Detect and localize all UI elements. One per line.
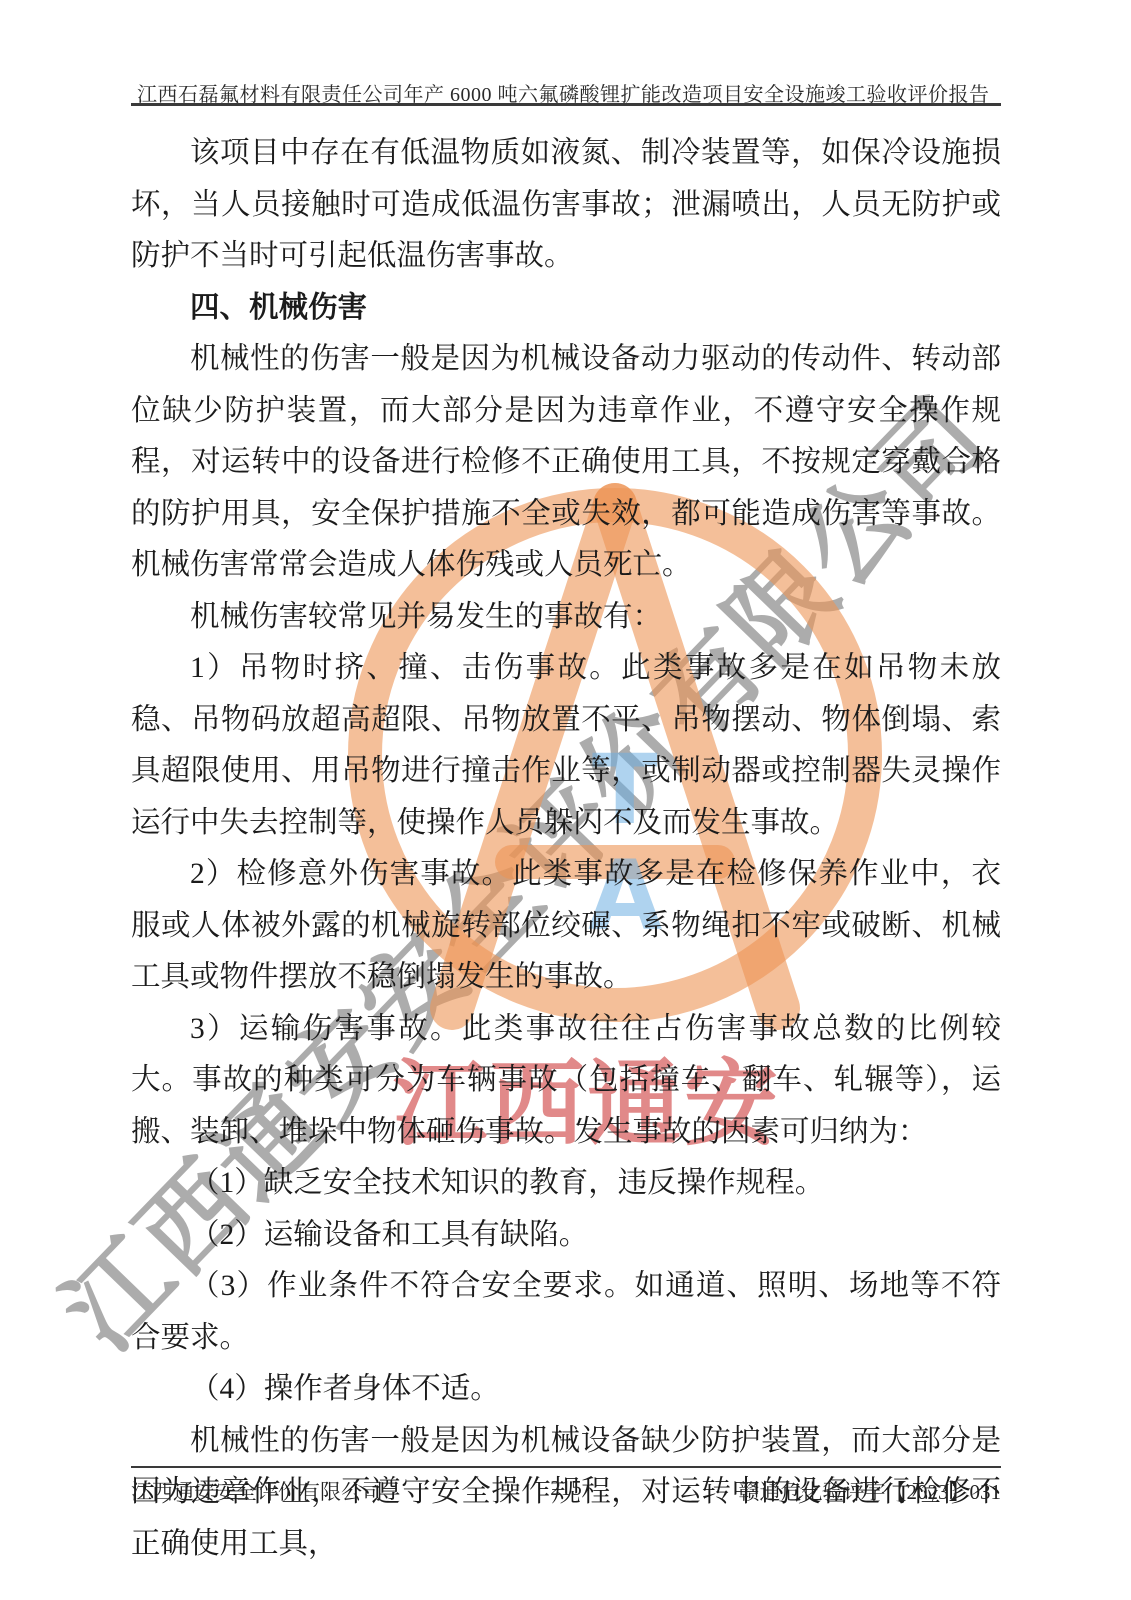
footer-doc-number: 赣通危化验评字【2023】031 <box>739 1476 1002 1506</box>
header-rule <box>131 103 1001 106</box>
footer-company-name: 江西通安安全评价有限公司 <box>131 1476 383 1506</box>
footer-rule <box>131 1466 1001 1468</box>
paragraph-cause-4: （4）操作者身体不适。 <box>131 1364 1001 1416</box>
document-body: 该项目中存在有低温物质如液氮、制冷装置等，如保冷设施损坏，当人员接触时可造成低温… <box>131 128 1001 1570</box>
paragraph-item-1-lifting: 1）吊物时挤、撞、击伤事故。此类事故多是在如吊物未放稳、吊物码放超高超限、吊物放… <box>131 643 1001 849</box>
paragraph-low-temp: 该项目中存在有低温物质如液氮、制冷装置等，如保冷设施损坏，当人员接触时可造成低温… <box>131 128 1001 283</box>
paragraph-mechanical-intro: 机械性的伤害一般是因为机械设备动力驱动的传动件、转动部位缺少防护装置，而大部分是… <box>131 334 1001 592</box>
page-footer: 215 江西通安安全评价有限公司 赣通危化验评字【2023】031 <box>131 1476 1001 1506</box>
paragraph-common-accidents: 机械伤害较常见并易发生的事故有： <box>131 592 1001 644</box>
paragraph-cause-3: （3）作业条件不符合安全要求。如通道、照明、场地等不符合要求。 <box>131 1261 1001 1364</box>
section-heading-mechanical: 四、机械伤害 <box>131 283 1001 335</box>
document-page: 江西通安安全评价有限公司 T A 江西通安 江西石磊氟材料有限责任公司年产 60… <box>0 0 1131 1600</box>
paragraph-cause-2: （2）运输设备和工具有缺陷。 <box>131 1210 1001 1262</box>
paragraph-item-3-transport: 3）运输伤害事故。此类事故往往占伤害事故总数的比例较大。事故的种类可分为车辆事故… <box>131 1004 1001 1159</box>
paragraph-cause-1: （1）缺乏安全技术知识的教育，违反操作规程。 <box>131 1158 1001 1210</box>
paragraph-item-2-repair: 2）检修意外伤害事故。此类事故多是在检修保养作业中，衣服或人体被外露的机械旋转部… <box>131 849 1001 1004</box>
